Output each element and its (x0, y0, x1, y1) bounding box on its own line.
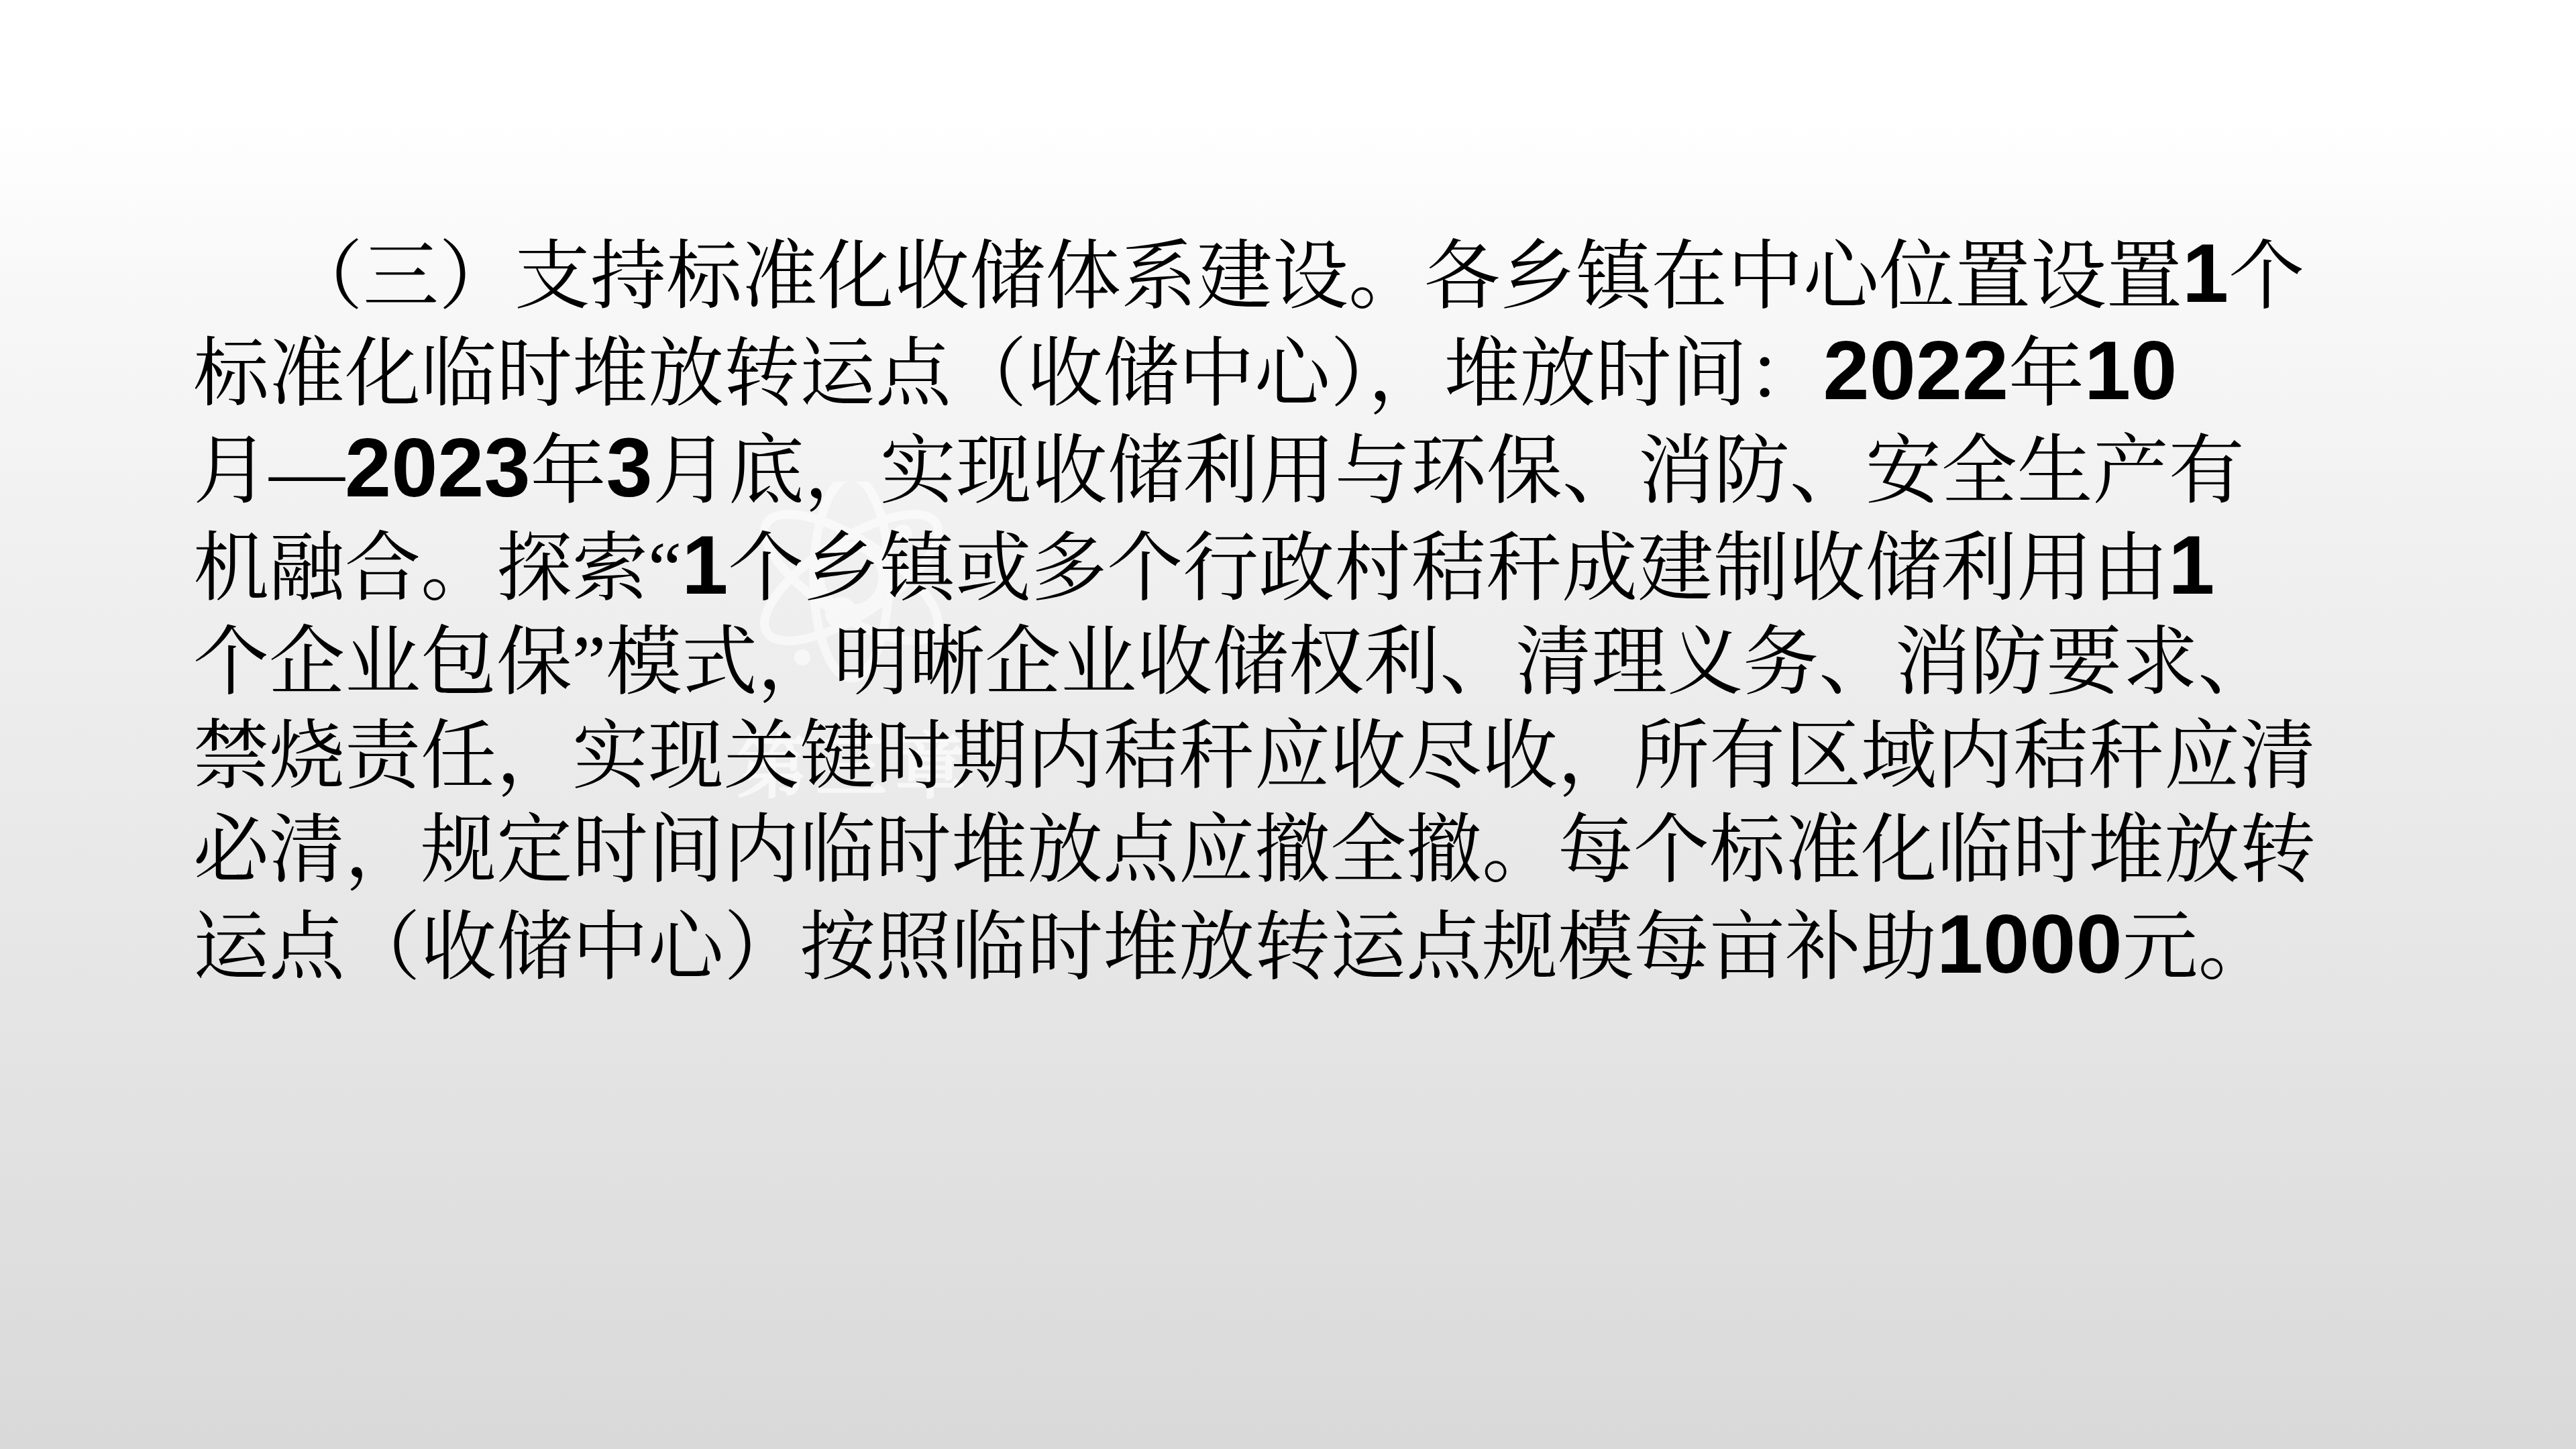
text-line: 机融合。探索“1个乡镇或多个行政村秸秆成建制收储利用由1 (193, 519, 2427, 616)
text-line: 个企业包保”模式，明晰企业收储权利、清理义务、消防要求、 (193, 616, 2427, 710)
text-line: 标准化临时堆放转运点（收储中心），堆放时间：2022年10 (193, 324, 2427, 421)
slide-canvas: 第三章 （三）支持标准化收储体系建设。各乡镇在中心位置设置1个 标准化临时堆放转… (0, 0, 2576, 1449)
text-line: （三）支持标准化收储体系建设。各乡镇在中心位置设置1个 (193, 227, 2427, 324)
text-line: 月—2023年3月底，实现收储利用与环保、消防、安全生产有 (193, 421, 2427, 519)
text-line: 必清，规定时间内临时堆放点应撤全撤。每个标准化临时堆放转 (193, 804, 2427, 898)
body-paragraph: （三）支持标准化收储体系建设。各乡镇在中心位置设置1个 标准化临时堆放转运点（收… (193, 227, 2427, 995)
text-line: 禁烧责任，实现关键时期内秸秆应收尽收，所有区域内秸秆应清 (193, 710, 2427, 804)
text-line: 运点（收储中心）按照临时堆放转运点规模每亩补助1000元。 (193, 898, 2427, 995)
